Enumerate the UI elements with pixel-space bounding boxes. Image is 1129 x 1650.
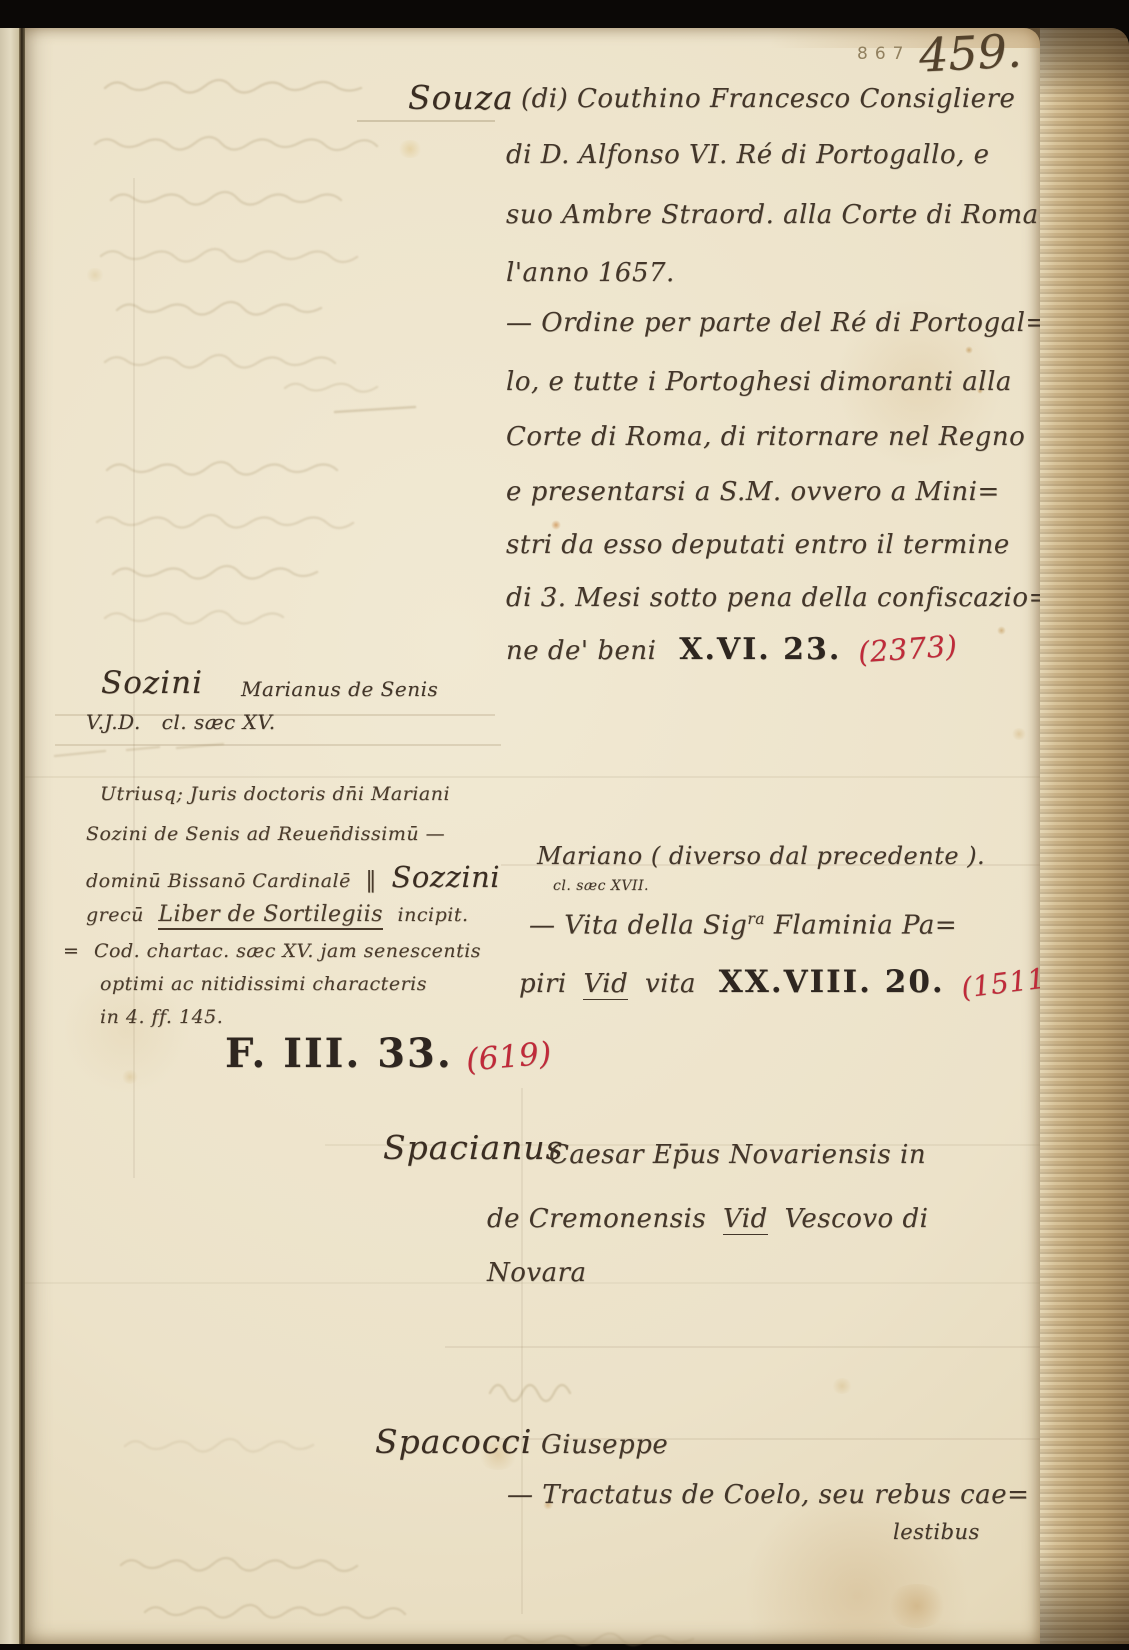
souza-bio-line: (di) Couthino Francesco Consigliere xyxy=(521,84,1015,114)
adjacent-page-sliver xyxy=(0,28,19,1644)
show-through-writing-bottom xyxy=(55,1258,1015,1650)
souza-item-line: di 3. Mesi sotto pena della confiscazio= xyxy=(506,583,1051,613)
sozini-note-line5: Cod. chartac. sæc XV. jam senescentis xyxy=(94,940,481,962)
sozini-mariano-ref-line: piri Vid vita XX.VIII. 20. (1511) xyxy=(519,964,1058,1000)
sozini-qualification: V.J.D. xyxy=(86,710,141,734)
souza-closing-line: ne de' beni X.VI. 23. (2373) xyxy=(506,632,958,667)
sozini-note-line: Utriusq; Juris doctoris dn̄i Mariani xyxy=(100,783,450,805)
line2-start: de Cremonensis xyxy=(487,1204,706,1234)
line2-mid: vita xyxy=(645,969,696,999)
sozini-mariano-shelfmark: XX.VIII. 20. xyxy=(719,964,945,1000)
stamp-number: 867 xyxy=(857,44,910,64)
sozini-note-line: optimi ac nitidissimi characteris xyxy=(100,973,427,995)
sozini-work-title: Liber de Sortilegiis xyxy=(158,902,383,930)
spacocci-name-rest: Giuseppe xyxy=(541,1430,668,1460)
sozini-note-line: = Cod. chartac. sæc XV. jam senescentis xyxy=(63,940,481,962)
vid-abbrev: Vid xyxy=(583,969,628,1000)
entry-headword-spacianus: Spacianus xyxy=(383,1128,564,1167)
page-number: 459. xyxy=(918,23,1023,82)
manuscript-page: 867 459. Souza (di) Couthino Francesco C… xyxy=(25,28,1040,1644)
foxing-spot xyxy=(85,268,105,282)
sozini-note-line4-end: incipit. xyxy=(398,904,469,926)
spacianus-line: Novara xyxy=(487,1258,587,1288)
insertion-mark: ‖ xyxy=(365,868,377,893)
sozini-mariano-title-line: — Vita della Sigra Flaminia Pa= xyxy=(529,910,957,941)
sozini-note-line3-start: dominū Bissanō Cardinalē xyxy=(86,870,351,892)
souza-ref-number: (2373) xyxy=(857,629,959,670)
vid-abbrev: Vid xyxy=(723,1204,768,1235)
souza-bio-line: l'anno 1657. xyxy=(506,258,675,288)
page-edge-shading xyxy=(1040,28,1129,1644)
manuscript-scan: 867 459. Souza (di) Couthino Francesco C… xyxy=(0,0,1129,1650)
title-superscript: ra xyxy=(747,910,765,928)
sozini-mariano-century: cl. sæc XVII. xyxy=(553,878,649,894)
foxing-spot xyxy=(1011,728,1027,740)
entry-headword-spacocci: Spacocci xyxy=(375,1422,532,1461)
foxing-spot xyxy=(831,1378,853,1394)
souza-shelfmark: X.VI. 23. xyxy=(679,632,841,667)
sozini-note-line4-start: grecū xyxy=(86,904,144,926)
title-start: — Vita della Sig xyxy=(529,911,747,941)
souza-bio-line: di D. Alfonso VI. Ré di Portogallo, e xyxy=(506,140,990,170)
foxing-spot xyxy=(551,520,561,530)
spacianus-line: de Cremonensis Vid Vescovo di xyxy=(487,1204,928,1234)
page-edge-texture xyxy=(1040,28,1129,1644)
sozini-subhead: V.J.D. cl. sæc XV. xyxy=(86,710,276,734)
sozini-note-line: dominū Bissanō Cardinalē ‖ Sozzini xyxy=(86,860,500,894)
spacianus-line: Caesar Ep̄us Novariensis in xyxy=(549,1140,926,1170)
souza-item-line: e presentarsi a S.M. ovvero a Mini= xyxy=(506,477,1000,507)
sozini-note-line: in 4. ff. 145. xyxy=(100,1006,223,1028)
souza-item-line: stri da esso deputati entro il termine xyxy=(506,530,1010,560)
foxing-spot xyxy=(997,626,1006,635)
foxing-spot xyxy=(965,346,973,354)
sozini-name-rest: Marianus de Senis xyxy=(241,677,438,701)
sozini-shelf-line: F. III. 33. (619) xyxy=(225,1030,552,1077)
title-end: Flaminia Pa= xyxy=(774,911,957,941)
faint-rule xyxy=(445,1346,1040,1348)
sozini-note-line: Sozini de Senis ad Reuen̄dissimū — xyxy=(86,823,445,845)
souza-item-line: lo, e tutte i Portoghesi dimoranti alla xyxy=(506,367,1012,397)
entry-headword-sozini: Sozini xyxy=(101,665,203,701)
sozini-mariano-name: Mariano ( diverso dal precedente ). xyxy=(537,842,985,870)
sozini-ref-number: (619) xyxy=(465,1035,554,1078)
faint-rule xyxy=(357,120,495,122)
faint-rule xyxy=(55,744,501,746)
sozini-century: cl. sæc XV. xyxy=(162,710,276,734)
spacocci-title-line: lestibus xyxy=(893,1520,980,1544)
line2-start: piri xyxy=(519,969,567,999)
faint-rule xyxy=(25,776,1040,778)
line2-end: Vescovo di xyxy=(785,1204,929,1234)
souza-item-end: ne de' beni xyxy=(506,636,656,666)
souza-item-line: — Ordine per parte del Ré di Portogal= xyxy=(506,308,1048,338)
souza-item-line: Corte di Roma, di ritornare nel Regno xyxy=(506,422,1025,452)
spacocci-title-line: — Tractatus de Coelo, seu rebus cae= xyxy=(507,1480,1029,1510)
souza-bio-line: suo Ambre Straord. alla Corte di Roma xyxy=(506,200,1039,230)
foxing-spot xyxy=(121,1070,139,1084)
sozini-shelfmark: F. III. 33. xyxy=(225,1030,453,1077)
foxing-spot xyxy=(397,140,423,158)
sozini-note-line: grecū Liber de Sortilegiis incipit. xyxy=(86,902,469,927)
entry-marker: = xyxy=(63,940,79,962)
entry-headword-souza: Souza xyxy=(408,78,514,117)
foxing-spot xyxy=(885,1584,949,1628)
sozini-note-name: Sozzini xyxy=(391,860,500,894)
